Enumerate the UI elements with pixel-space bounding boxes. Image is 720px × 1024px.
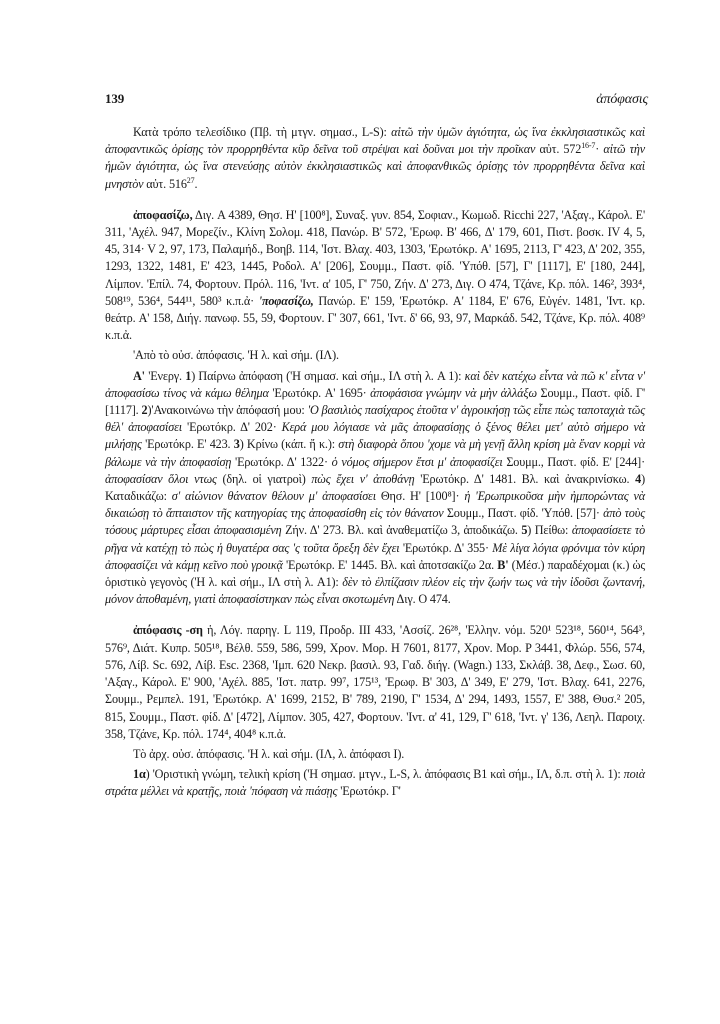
- quotation: ἀποφασίσαν ὅλοι ντως: [105, 472, 217, 486]
- reference: 'Ερωτόκρ. Δ' 202·: [182, 420, 282, 434]
- etymology: Τὸ ἀρχ. οὐσ. ἀπόφασις. 'Η λ. καὶ σήμ. (Ι…: [105, 746, 645, 763]
- sense-definition: ) 'Οριστικὴ γνώμη, τελικὴ κρίση ('Η σημα…: [146, 767, 624, 781]
- variant-headword: 'ποφασίζω,: [259, 294, 314, 308]
- senses-paragraph: A' 'Ενεργ. 1) Παίρνω ἀπόφαση ('Η σημασ. …: [105, 368, 645, 609]
- superscript: 27: [187, 176, 195, 185]
- reference: 'Ερωτόκρ. E' 1445. Βλ. καὶ ἀποτσακίζω 2α…: [283, 558, 497, 572]
- lemma-headword: ἀποφασίζω,: [133, 208, 192, 222]
- superscript: 16-7: [581, 141, 595, 150]
- intro-definition: Κατὰ τρόπο τελεσίδικο (Πβ. τὴ μτγν. σημα…: [133, 125, 391, 139]
- senses-paragraph: 1α) 'Οριστικὴ γνώμη, τελικὴ κρίση ('Η ση…: [105, 766, 645, 800]
- reference: αὐτ. 516: [143, 177, 186, 191]
- sense-b-label: B': [497, 558, 508, 572]
- quotation: πὼς ἔχει ν' ἀποθάνῃ: [311, 472, 414, 486]
- reference: Ζήν. Δ' 273. Βλ. καὶ ἀναθεματίζω 3, ἀποδ…: [282, 523, 522, 537]
- reference: Διγ. O 474.: [394, 592, 450, 606]
- sense-number: 1α: [133, 767, 146, 781]
- reference: Σουμμ., Παστ. φίδ. E' [244]·: [503, 455, 645, 469]
- sense-a-intro: 'Ενεργ.: [145, 369, 185, 383]
- reference: 'Ερωτόκρ. Δ' 1322·: [231, 455, 331, 469]
- reference: 'Ερωτόκρ. Δ' 1481. Βλ. καὶ ἀνακρινίσκω.: [415, 472, 630, 486]
- intro-paragraph: Κατὰ τρόπο τελεσίδικο (Πβ. τὴ μτγν. σημα…: [105, 124, 645, 193]
- dictionary-page: 139 ἀπόφασις Κατὰ τρόπο τελεσίδικο (Πβ. …: [105, 90, 645, 801]
- quotation: ἀποφάσισα γνώμην νὰ μὴν ἀλλάξω: [370, 386, 537, 400]
- entry-apofasizo: ἀποφασίζω, Διγ. A 4389, Θησ. H' [100⁸], …: [105, 207, 645, 345]
- entry-apofasis: ἀπόφασις -ση ἡ, Λόγ. παρηγ. L 119, Προδρ…: [105, 622, 645, 742]
- reference: 'Ερωτόκρ. A' 1695·: [269, 386, 370, 400]
- separator: .: [195, 177, 198, 191]
- reference: 'Ερωτόκρ. E' 423.: [142, 437, 234, 451]
- reference: Θησ. H' [100⁸]·: [376, 489, 464, 503]
- reference: (δηλ. οἱ γιατροὶ): [217, 472, 312, 486]
- sense-definition: ) Παίρνω ἀπόφαση ('Η σημασ. καὶ σήμ., ΙΛ…: [191, 369, 464, 383]
- reference: Σουμμ., Παστ. φίδ. 'Υπόθ. [57]·: [444, 506, 604, 520]
- page-header: 139 ἀπόφασις: [105, 90, 645, 120]
- etymology: 'Απὸ τὸ οὐσ. ἀπόφασις. 'Η λ. καὶ σήμ. (Ι…: [105, 347, 645, 364]
- sense-definition: ) Πείθω:: [527, 523, 572, 537]
- page-number: 139: [105, 90, 124, 107]
- sense-definition: ) Κρίνω (κάπ. ἤ κ.):: [240, 437, 339, 451]
- sense-definition: )'Ανακοινώνω τὴν ἀπόφασή μου:: [147, 403, 307, 417]
- sense-a-label: A': [133, 369, 145, 383]
- running-head: ἀπόφασις: [596, 91, 648, 108]
- quotation: ὁ νόμος σήμερον ἔτσι μ' ἀποφασίζει: [332, 455, 503, 469]
- quotation: σ' αἰώνιον θάνατον θέλουν μ' ἀποφασίσει: [172, 489, 376, 503]
- citations: ἡ, Λόγ. παρηγ. L 119, Προδρ. III 433, 'Α…: [105, 623, 645, 740]
- lemma-headword: ἀπόφασις -ση: [133, 623, 203, 637]
- reference: 'Ερωτόκρ. Γ': [337, 784, 400, 798]
- citations: Διγ. A 4389, Θησ. H' [100⁸], Συναξ. γυν.…: [105, 208, 645, 308]
- reference: αὐτ. 572: [535, 142, 581, 156]
- reference: 'Ερωτόκρ. Δ' 355·: [400, 541, 493, 555]
